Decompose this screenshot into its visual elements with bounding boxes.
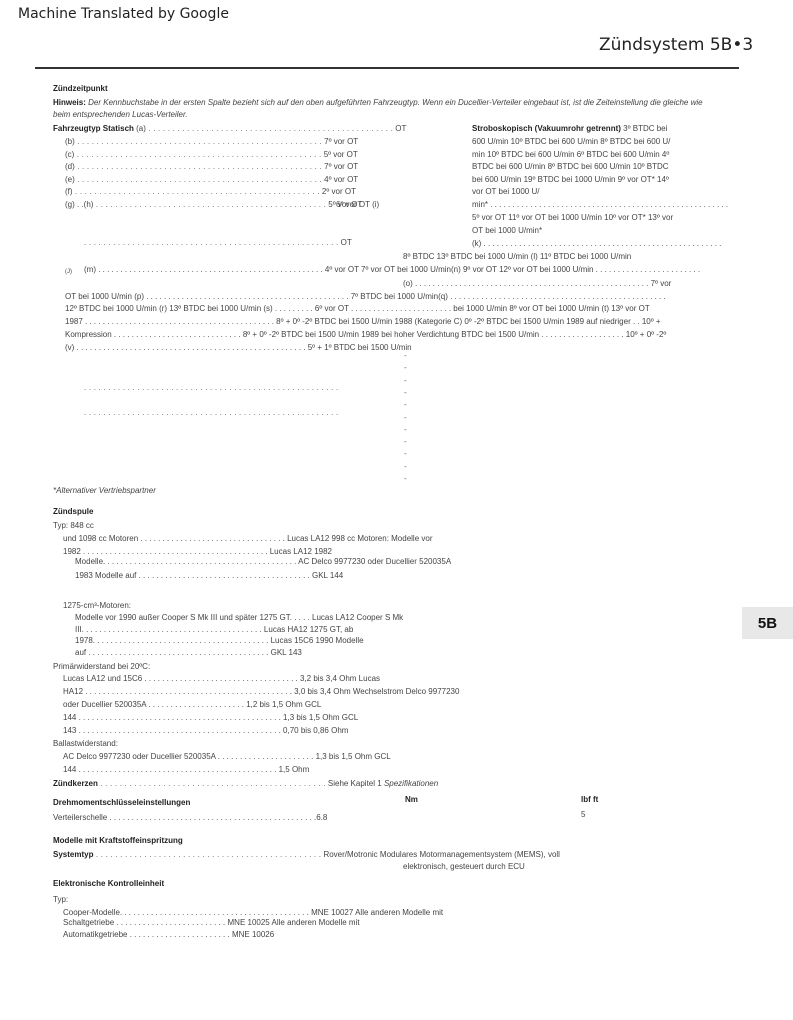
dash-mark: - bbox=[404, 363, 407, 372]
ballast-label: Ballastwiderstand: bbox=[53, 739, 118, 749]
timing-line-c: (c) . . . . . . . . . . . . . . . . . . … bbox=[65, 150, 358, 160]
blank-dot-line-2: . . . . . . . . . . . . . . . . . . . . … bbox=[84, 408, 338, 418]
engine-1275-line-2: 1978. . . . . . . . . . . . . . . . . . … bbox=[75, 636, 364, 646]
system-type-line-2: elektronisch, gesteuert durch ECU bbox=[403, 862, 525, 872]
dash-mark: - bbox=[404, 462, 407, 471]
timing-heading: Zündzeitpunkt bbox=[53, 84, 108, 94]
coil-line-4: 1983 Modelle auf . . . . . . . . . . . .… bbox=[75, 571, 343, 581]
primary-line-0: Lucas LA12 und 15C6 . . . . . . . . . . … bbox=[63, 674, 380, 684]
j-label: (J) bbox=[65, 267, 72, 277]
coil-line-3: Modelle. . . . . . . . . . . . . . . . .… bbox=[75, 557, 451, 567]
timing-line-a: Fahrzeugtyp Statisch (a) . . . . . . . .… bbox=[53, 124, 406, 134]
torque-row-lbf: 5 bbox=[581, 810, 585, 820]
ecu-line-2: Automatikgetriebe . . . . . . . . . . . … bbox=[63, 930, 274, 940]
fuel-injection-heading: Modelle mit Kraftstoffeinspritzung bbox=[53, 836, 183, 846]
mixed-line-4: 12º BTDC bei 1000 U/min (r) 13º BTDC bei… bbox=[65, 304, 650, 314]
dash-mark: - bbox=[404, 413, 407, 422]
spark-plugs-line: Zündkerzen . . . . . . . . . . . . . . .… bbox=[53, 779, 438, 789]
ballast-line-0: AC Delco 9977230 oder Ducellier 520035A … bbox=[63, 752, 391, 762]
dash-mark: - bbox=[404, 425, 407, 434]
mixed-line-6: Kompression . . . . . . . . . . . . . . … bbox=[65, 330, 666, 340]
timing-line-b: (b) . . . . . . . . . . . . . . . . . . … bbox=[65, 137, 358, 147]
machine-translation-banner: Machine Translated by Google bbox=[18, 6, 229, 22]
primary-line-2: oder Ducellier 520035A . . . . . . . . .… bbox=[63, 700, 321, 710]
strobe-line-8: OT bei 1000 U/min* bbox=[472, 226, 542, 236]
ecu-type-label: Typ: bbox=[53, 895, 68, 905]
mixed-line-3: OT bei 1000 U/min (p) . . . . . . . . . … bbox=[65, 292, 666, 302]
engine-1275-line-3: auf . . . . . . . . . . . . . . . . . . … bbox=[75, 648, 302, 658]
coil-line-1: und 1098 cc Motoren . . . . . . . . . . … bbox=[63, 534, 433, 544]
timing-line-f: (f) . . . . . . . . . . . . . . . . . . … bbox=[65, 187, 356, 197]
engine-1275-line-0: Modelle vor 1990 außer Cooper S Mk III u… bbox=[75, 613, 403, 623]
ecu-heading: Elektronische Kontrolleinheit bbox=[53, 879, 164, 889]
dash-mark: - bbox=[404, 400, 407, 409]
mixed-line-2: (o) . . . . . . . . . . . . . . . . . . … bbox=[403, 279, 671, 289]
strobe-line-1: 600 U/min 10º BTDC bei 600 U/min 8º BTDC… bbox=[472, 137, 670, 147]
page-title: Zündsystem 5B•3 bbox=[599, 35, 753, 55]
mixed-line-1: (m) . . . . . . . . . . . . . . . . . . … bbox=[84, 265, 700, 275]
coil-line-0: Typ: 848 cc bbox=[53, 521, 94, 531]
torque-row: Verteilerschelle . . . . . . . . . . . .… bbox=[53, 813, 327, 823]
ecu-line-0: Cooper-Modelle. . . . . . . . . . . . . … bbox=[63, 908, 443, 918]
timing-note: Hinweis: Der Kennbuchstabe in der ersten… bbox=[53, 98, 703, 108]
note-text-1: Der Kennbuchstabe in der ersten Spalte b… bbox=[88, 98, 702, 107]
torque-heading: Drehmomentschlüsseleinstellungen bbox=[53, 798, 190, 808]
note-text-2: beim entsprechenden Lucas-Verteiler. bbox=[53, 110, 188, 120]
timing-line-e: (e) . . . . . . . . . . . . . . . . . . … bbox=[65, 175, 358, 185]
torque-col-lbf: lbf ft bbox=[581, 795, 598, 805]
dash-mark: - bbox=[404, 351, 407, 360]
dash-mark: - bbox=[404, 474, 407, 483]
note-label: Hinweis: bbox=[53, 98, 86, 107]
primary-resistance-label: Primärwiderstand bei 20ºC: bbox=[53, 662, 150, 672]
timing-line-gh: (g) . .(h) . . . . . . . . . . . . . . .… bbox=[65, 200, 362, 210]
timing-line-i-overlap: 6º vor OT (i) bbox=[336, 200, 379, 210]
timing-line-d: (d) . . . . . . . . . . . . . . . . . . … bbox=[65, 162, 358, 172]
ballast-line-1: 144 . . . . . . . . . . . . . . . . . . … bbox=[63, 765, 309, 775]
mixed-line-0: 8º BTDC 13º BTDC bei 1000 U/min (l) 11º … bbox=[403, 252, 631, 262]
strobe-line-6: min* . . . . . . . . . . . . . . . . . .… bbox=[472, 200, 728, 210]
engine-1275-line-1: III. . . . . . . . . . . . . . . . . . .… bbox=[75, 625, 353, 635]
mixed-line-5: 1987 . . . . . . . . . . . . . . . . . .… bbox=[65, 317, 661, 327]
dash-mark: - bbox=[404, 388, 407, 397]
strobe-line-3: BTDC bei 600 U/min 8º BTDC bei 600 U/min… bbox=[472, 162, 669, 172]
strobe-line-7: 5º vor OT 11º vor OT bei 1000 U/min 10º … bbox=[472, 213, 673, 223]
header-divider bbox=[35, 67, 739, 69]
primary-line-1: HA12 . . . . . . . . . . . . . . . . . .… bbox=[63, 687, 459, 697]
system-type-line: Systemtyp . . . . . . . . . . . . . . . … bbox=[53, 850, 560, 860]
strobe-line-4: bei 600 U/min 19º BTDC bei 1000 U/min 9º… bbox=[472, 175, 669, 185]
footnote: *Alternativer Vertriebspartner bbox=[53, 486, 156, 496]
timing-line-ot: . . . . . . . . . . . . . . . . . . . . … bbox=[84, 238, 352, 248]
ecu-line-1: Schaltgetriebe . . . . . . . . . . . . .… bbox=[63, 918, 360, 928]
blank-dot-line-1: . . . . . . . . . . . . . . . . . . . . … bbox=[84, 383, 338, 393]
torque-col-nm: Nm bbox=[405, 795, 418, 805]
strobe-line-9: (k) . . . . . . . . . . . . . . . . . . … bbox=[472, 239, 721, 249]
strobe-line-0: Stroboskopisch (Vakuumrohr getrennt) 3º … bbox=[472, 124, 667, 134]
primary-line-3: 144 . . . . . . . . . . . . . . . . . . … bbox=[63, 713, 358, 723]
mixed-line-7: (v) . . . . . . . . . . . . . . . . . . … bbox=[65, 343, 412, 353]
chapter-tab[interactable]: 5B bbox=[742, 607, 793, 639]
dash-mark: - bbox=[404, 437, 407, 446]
dash-mark: - bbox=[404, 376, 407, 385]
static-label: Fahrzeugtyp Statisch bbox=[53, 124, 134, 133]
coil-line-2: 1982 . . . . . . . . . . . . . . . . . .… bbox=[63, 547, 332, 557]
coil-heading: Zündspule bbox=[53, 507, 93, 517]
dash-mark: - bbox=[404, 449, 407, 458]
strobe-line-2: min 10º BTDC bei 600 U/min 6º BTDC bei 6… bbox=[472, 150, 669, 160]
strobe-line-5: vor OT bei 1000 U/ bbox=[472, 187, 539, 197]
primary-line-4: 143 . . . . . . . . . . . . . . . . . . … bbox=[63, 726, 348, 736]
engine-1275-label: 1275-cm³-Motoren: bbox=[63, 601, 131, 611]
